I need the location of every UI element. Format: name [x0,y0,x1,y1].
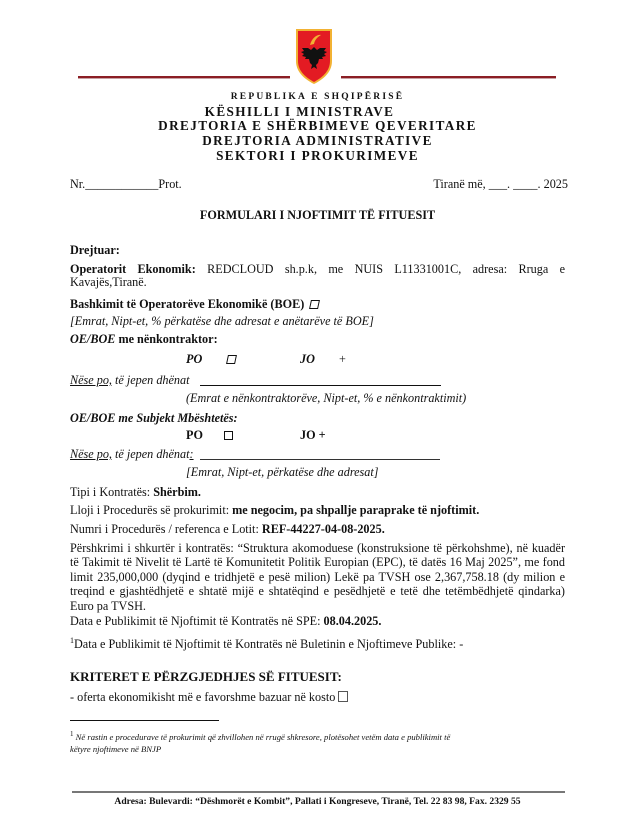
supporting-data-field[interactable] [200,459,440,460]
protocol-number: Nr.____________Prot. [70,177,182,191]
header-rule-right [341,76,556,79]
footer-rule [72,791,565,793]
footnote: 1 Në rastin e procedurave të prokurimit … [70,728,450,755]
operator-line-2: Kavajës,Tiranë. [70,275,147,289]
place-date: Tiranë më, ___. ____. 2025 [433,177,568,191]
criteria-title: KRITERET E PËRZGJEDHJES SË FITUESIT: [70,670,342,684]
operator-line-1: Operatorit Ekonomik: REDCLOUD sh.p.k, me… [70,262,565,276]
footnote-separator [70,720,219,721]
header-republic: REPUBLIKA E SHQIPËRISË [0,92,635,102]
contract-type: Tipi i Kontratës: Shërbim. [70,485,201,499]
checkbox-empty-icon[interactable] [309,300,320,309]
subcontractor-no-mark: + [339,352,346,366]
supporting-yes-label: PO [186,428,203,442]
subcontractor-if-yes: Nëse po, të jepen dhënat [70,373,189,387]
subcontractor-label: OE/BOE me nënkontraktor: [70,332,218,346]
header-directorate-services: DREJTORIA E SHËRBIMEVE QEVERITARE [0,118,635,134]
header-rule-left [78,76,290,79]
boe-label: Bashkimit të Operatorëve Ekonomikë (BOE) [70,297,319,311]
boe-hint: [Emrat, Nipt-et, % përkatëse dhe adresat… [70,314,374,328]
supporting-entity-label: OE/BOE me Subjekt Mbështetës: [70,411,238,425]
criteria-checkbox[interactable] [338,691,348,702]
subcontractor-no-label: JO [300,352,315,366]
operator-details: REDCLOUD sh.p.k, me NUIS L11331001C, adr… [207,262,565,276]
subcontractor-data-field[interactable] [200,385,441,386]
subcontractor-hint: (Emrat e nënkontraktorëve, Nipt-et, % e … [186,391,466,405]
bulletin-publication-date: 1Data e Publikimit të Njoftimit të Kontr… [70,634,463,651]
supporting-yes-checkbox[interactable] [224,431,233,440]
procedure-type: Lloji i Procedurës së prokurimit: me neg… [70,503,479,517]
supporting-hint: [Emrat, Nipt-et, përkatëse dhe adresat] [186,465,379,479]
contract-description: Përshkrimi i shkurtër i kontratës: “Stru… [70,541,565,613]
supporting-if-yes: Nëse po, të jepen dhënat: [70,447,194,461]
criteria-item: - oferta ekonomikisht më e favorshme baz… [70,690,348,704]
procedure-reference: Numri i Procedurës / referenca e Lotit: … [70,522,385,536]
protocol-number-blank: ____________ [85,177,158,191]
subcontractor-yes-checkbox[interactable] [226,355,237,364]
spe-publication-date: Data e Publikimit të Njoftimit të Kontra… [70,614,381,628]
footer-address: Adresa: Bulevardi: “Dëshmorët e Kombit”,… [0,795,635,809]
header-directorate-admin: DREJTORIA ADMINISTRATIVE [0,133,635,149]
form-title: FORMULARI I NJOFTIMIT TË FITUESIT [0,208,635,222]
addressee-label: Drejtuar: [70,243,120,257]
albania-coat-of-arms-icon [294,27,334,85]
subcontractor-yes-label: PO [186,352,202,366]
supporting-no-label: JO + [300,428,326,442]
header-sector: SEKTORI I PROKURIMEVE [0,148,635,164]
